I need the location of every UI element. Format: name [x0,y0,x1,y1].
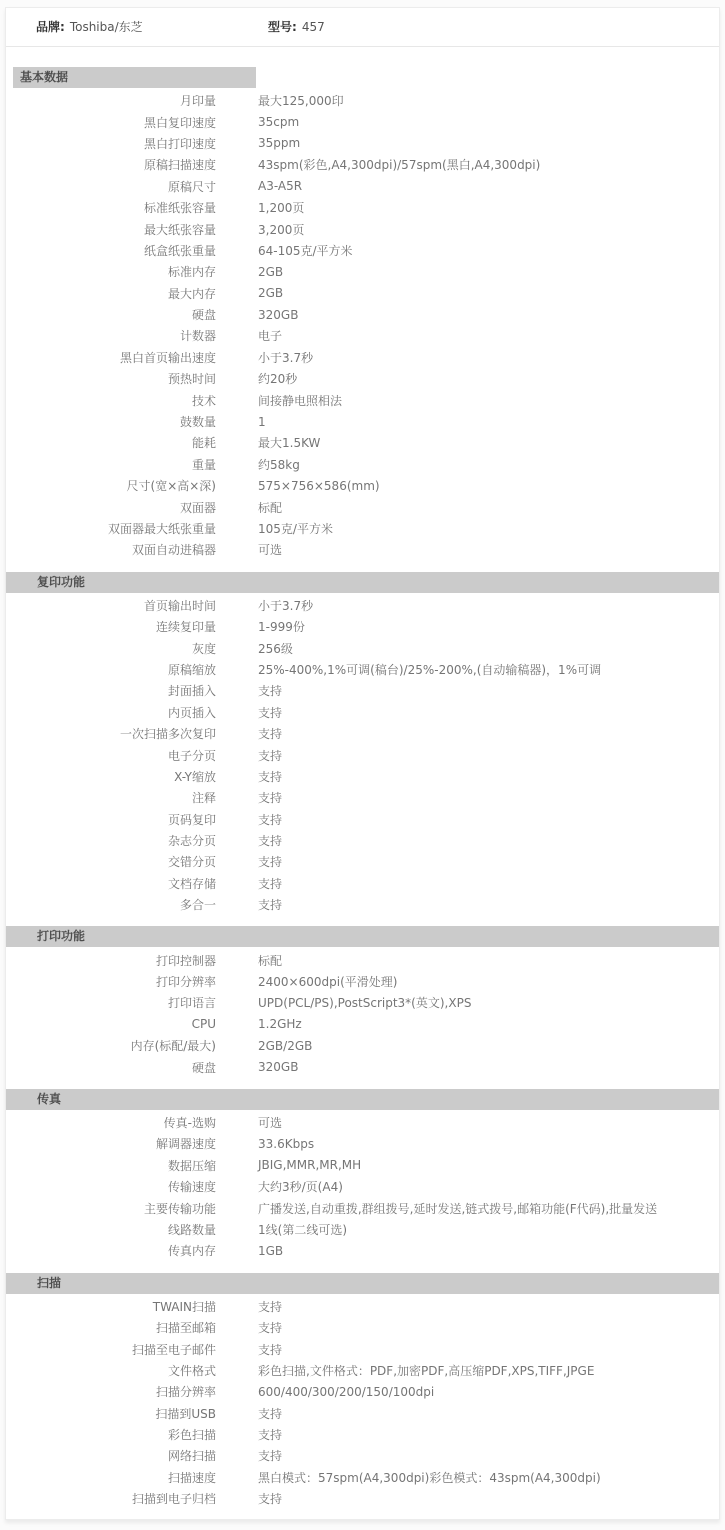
spec-label: 网络扫描 [6,1447,216,1464]
spec-label: 黑白首页输出速度 [6,349,216,366]
spec-row: 电子分页 支持 [6,744,719,765]
spec-row: 传输速度 大约3秒/页(A4) [6,1176,719,1197]
spec-label: 硬盘 [6,306,216,323]
spec-row: 黑白打印速度 35ppm [6,133,719,154]
spec-value: 最大1.5KW [216,434,320,451]
spec-row: 文档存储 支持 [6,873,719,894]
spec-label: X-Y缩放 [6,768,216,785]
spec-value: 支持 [216,1319,282,1336]
header-divider [6,46,719,47]
section-title: 扫描 [6,1273,719,1294]
spec-row: 原稿尺寸 A3-A5R [6,176,719,197]
spec-row: 内页插入 支持 [6,702,719,723]
section-title: 复印功能 [6,572,719,593]
spec-section: 打印功能 打印控制器 标配 打印分辨率 2400×600dpi(平滑处理) 打印… [6,926,719,1077]
spec-value: 间接静电照相法 [216,392,342,409]
spec-label: 页码复印 [6,811,216,828]
brand-value: Toshiba/东芝 [70,20,143,34]
spec-row: 硬盘 320GB [6,1056,719,1077]
spec-label: 文档存储 [6,875,216,892]
spec-label: 连续复印量 [6,618,216,635]
spec-row: 网络扫描 支持 [6,1445,719,1466]
spec-value: 可选 [216,541,282,558]
spec-label: 电子分页 [6,747,216,764]
spec-row: 首页输出时间 小于3.7秒 [6,595,719,616]
spec-row: 双面器最大纸张重量 105克/平方米 [6,518,719,539]
spec-value: 电子 [216,327,282,344]
spec-value: 支持 [216,682,282,699]
brand-pair: 品牌:Toshiba/东芝 [36,18,268,35]
spec-label: 月印量 [6,92,216,109]
spec-label: 双面自动进稿器 [6,541,216,558]
spec-row: 双面器 标配 [6,496,719,517]
spec-label: 解调器速度 [6,1135,216,1152]
spec-label: 打印控制器 [6,952,216,969]
spec-value: 广播发送,自动重拨,群组拨号,延时发送,链式拨号,邮箱功能(F代码),批量发送 [216,1200,657,1217]
spec-value: 320GB [216,1060,298,1074]
spec-label: 灰度 [6,640,216,657]
spec-row: 内存(标配/最大) 2GB/2GB [6,1035,719,1056]
spec-value: A3-A5R [216,179,302,193]
spec-value: 1GB [216,1244,283,1258]
spec-value: 支持 [216,1341,282,1358]
spec-label: 黑白复印速度 [6,114,216,131]
spec-value: 支持 [216,747,282,764]
section-rows: 月印量 最大125,000印 黑白复印速度 35cpm 黑白打印速度 35ppm… [6,88,719,561]
spec-label: 扫描到电子归档 [6,1490,216,1507]
spec-value: 支持 [216,811,282,828]
spec-row: 双面自动进稿器 可选 [6,539,719,560]
spec-value: 256级 [216,640,293,657]
section-title: 传真 [6,1089,719,1110]
spec-label: 多合一 [6,896,216,913]
spec-row: 文件格式 彩色扫描,文件格式：PDF,加密PDF,高压缩PDF,XPS,TIFF… [6,1360,719,1381]
spec-value: 黑白模式：57spm(A4,300dpi)彩色模式：43spm(A4,300dp… [216,1469,601,1486]
model-pair: 型号:457 [268,18,325,35]
model-value: 457 [302,20,325,34]
spec-row: 封面插入 支持 [6,680,719,701]
spec-row: 扫描到电子归档 支持 [6,1488,719,1509]
spec-label: 原稿缩放 [6,661,216,678]
spec-value: 43spm(彩色,A4,300dpi)/57spm(黑白,A4,300dpi) [216,156,540,173]
spec-label: 传真内存 [6,1242,216,1259]
spec-label: 扫描分辨率 [6,1383,216,1400]
spec-label: 注释 [6,789,216,806]
brand-label: 品牌: [36,20,65,34]
spec-label: 扫描到USB [6,1405,216,1422]
spec-value: 64-105克/平方米 [216,242,353,259]
spec-label: 交错分页 [6,853,216,870]
spec-row: 原稿扫描速度 43spm(彩色,A4,300dpi)/57spm(黑白,A4,3… [6,154,719,175]
spec-value: UPD(PCL/PS),PostScript3*(英文),XPS [216,994,471,1011]
spec-row: 计数器 电子 [6,325,719,346]
spec-value: 2GB/2GB [216,1039,312,1053]
spec-row: 一次扫描多次复印 支持 [6,723,719,744]
spec-row: 尺寸(宽×高×深) 575×756×586(mm) [6,475,719,496]
spec-row: X-Y缩放 支持 [6,766,719,787]
spec-row: 黑白首页输出速度 小于3.7秒 [6,347,719,368]
spec-row: 技术 间接静电照相法 [6,389,719,410]
spec-row: 重量 约58kg [6,454,719,475]
spec-value: 3,200页 [216,221,304,238]
spec-value: 大约3秒/页(A4) [216,1178,343,1195]
spec-row: 扫描至邮箱 支持 [6,1317,719,1338]
spec-value: JBIG,MMR,MR,MH [216,1158,361,1172]
spec-row: 灰度 256级 [6,637,719,658]
spec-label: 硬盘 [6,1059,216,1076]
spec-row: 数据压缩 JBIG,MMR,MR,MH [6,1155,719,1176]
spec-value: 35cpm [216,115,299,129]
spec-value: 彩色扫描,文件格式：PDF,加密PDF,高压缩PDF,XPS,TIFF,JPGE [216,1362,594,1379]
spec-value: 小于3.7秒 [216,597,313,614]
section-title: 基本数据 [13,67,256,88]
spec-label: 重量 [6,456,216,473]
spec-value: 标配 [216,499,282,516]
spec-value: 支持 [216,1447,282,1464]
spec-label: 能耗 [6,434,216,451]
spec-row: 解调器速度 33.6Kbps [6,1133,719,1154]
spec-value: 支持 [216,725,282,742]
brand-row: 品牌:Toshiba/东芝型号:457 [6,8,719,35]
spec-label: 打印分辨率 [6,973,216,990]
spec-label: 计数器 [6,327,216,344]
spec-value: 约20秒 [216,370,297,387]
spec-label: 双面器最大纸张重量 [6,520,216,537]
spec-value: 600/400/300/200/150/100dpi [216,1385,434,1399]
spec-label: TWAIN扫描 [6,1298,216,1315]
spec-section: 传真 传真-选购 可选 解调器速度 33.6Kbps 数据压缩 JBIG,MMR… [6,1089,719,1262]
spec-row: 月印量 最大125,000印 [6,90,719,111]
spec-section: 基本数据 月印量 最大125,000印 黑白复印速度 35cpm 黑白打印速度 … [6,67,719,561]
spec-row: 黑白复印速度 35cpm [6,111,719,132]
spec-section: 复印功能 首页输出时间 小于3.7秒 连续复印量 1-999份 灰度 256级 … [6,572,719,916]
spec-value: 支持 [216,896,282,913]
spec-row: 杂志分页 支持 [6,830,719,851]
spec-label: 数据压缩 [6,1157,216,1174]
spec-row: 多合一 支持 [6,894,719,915]
spec-value: 支持 [216,704,282,721]
spec-row: 打印控制器 标配 [6,949,719,970]
spec-value: 最大125,000印 [216,92,344,109]
spec-label: 原稿尺寸 [6,178,216,195]
spec-section: 扫描 TWAIN扫描 支持 扫描至邮箱 支持 扫描至电子邮件 支持 文件格式 彩… [6,1273,719,1510]
spec-row: 标准纸张容量 1,200页 [6,197,719,218]
spec-row: 传真内存 1GB [6,1240,719,1261]
spec-value: 2GB [216,265,283,279]
spec-row: 扫描速度 黑白模式：57spm(A4,300dpi)彩色模式：43spm(A4,… [6,1467,719,1488]
spec-value: 25%-400%,1%可调(稿台)/25%-200%,(自动输稿器)，1%可调 [216,661,601,678]
spec-row: 扫描到USB 支持 [6,1402,719,1423]
spec-value: 33.6Kbps [216,1137,314,1151]
spec-label: 扫描至电子邮件 [6,1341,216,1358]
spec-label: 封面插入 [6,682,216,699]
spec-value: 1-999份 [216,618,305,635]
spec-label: 扫描至邮箱 [6,1319,216,1336]
spec-label: 主要传输功能 [6,1200,216,1217]
spec-row: 能耗 最大1.5KW [6,432,719,453]
spec-row: 连续复印量 1-999份 [6,616,719,637]
spec-row: 扫描至电子邮件 支持 [6,1338,719,1359]
spec-value: 105克/平方米 [216,520,333,537]
spec-row: 传真-选购 可选 [6,1112,719,1133]
spec-label: 纸盒纸张重量 [6,242,216,259]
spec-label: 传真-选购 [6,1114,216,1131]
spec-value: 1,200页 [216,199,304,216]
spec-label: 传输速度 [6,1178,216,1195]
spec-sections: 基本数据 月印量 最大125,000印 黑白复印速度 35cpm 黑白打印速度 … [6,67,719,1509]
spec-value: 1.2GHz [216,1017,302,1031]
section-title: 打印功能 [6,926,719,947]
spec-value: 575×756×586(mm) [216,479,380,493]
spec-row: 最大内存 2GB [6,283,719,304]
spec-label: 线路数量 [6,1221,216,1238]
spec-row: 原稿缩放 25%-400%,1%可调(稿台)/25%-200%,(自动输稿器)，… [6,659,719,680]
spec-label: 彩色扫描 [6,1426,216,1443]
spec-label: 杂志分页 [6,832,216,849]
section-rows: 传真-选购 可选 解调器速度 33.6Kbps 数据压缩 JBIG,MMR,MR… [6,1110,719,1262]
spec-value: 1 [216,415,266,429]
spec-label: 最大纸张容量 [6,221,216,238]
spec-label: 预热时间 [6,370,216,387]
spec-value: 支持 [216,1405,282,1422]
spec-label: 标准内存 [6,263,216,280]
spec-value: 可选 [216,1114,282,1131]
spec-label: 最大内存 [6,285,216,302]
spec-label: 双面器 [6,499,216,516]
spec-row: 主要传输功能 广播发送,自动重拨,群组拨号,延时发送,链式拨号,邮箱功能(F代码… [6,1197,719,1218]
spec-row: 打印分辨率 2400×600dpi(平滑处理) [6,971,719,992]
spec-value: 2400×600dpi(平滑处理) [216,973,397,990]
spec-value: 支持 [216,1426,282,1443]
spec-label: 首页输出时间 [6,597,216,614]
spec-row: 硬盘 320GB [6,304,719,325]
model-label: 型号: [268,20,297,34]
spec-row: 线路数量 1线(第二线可选) [6,1219,719,1240]
spec-row: 纸盒纸张重量 64-105克/平方米 [6,240,719,261]
section-rows: 首页输出时间 小于3.7秒 连续复印量 1-999份 灰度 256级 原稿缩放 … [6,593,719,916]
spec-label: 文件格式 [6,1362,216,1379]
spec-value: 小于3.7秒 [216,349,313,366]
spec-row: CPU 1.2GHz [6,1014,719,1035]
spec-label: 一次扫描多次复印 [6,725,216,742]
spec-label: 标准纸张容量 [6,199,216,216]
spec-label: 扫描速度 [6,1469,216,1486]
spec-label: 内页插入 [6,704,216,721]
spec-value: 支持 [216,853,282,870]
spec-label: 原稿扫描速度 [6,156,216,173]
spec-row: 预热时间 约20秒 [6,368,719,389]
spec-row: 注释 支持 [6,787,719,808]
spec-label: 技术 [6,392,216,409]
spec-value: 35ppm [216,136,300,150]
spec-value: 支持 [216,875,282,892]
spec-row: 交错分页 支持 [6,851,719,872]
spec-row: 标准内存 2GB [6,261,719,282]
spec-value: 支持 [216,768,282,785]
spec-label: 内存(标配/最大) [6,1037,216,1054]
spec-row: 页码复印 支持 [6,809,719,830]
spec-row: 扫描分辨率 600/400/300/200/150/100dpi [6,1381,719,1402]
spec-value: 支持 [216,789,282,806]
spec-row: 最大纸张容量 3,200页 [6,218,719,239]
spec-row: 鼓数量 1 [6,411,719,432]
spec-value: 支持 [216,1298,282,1315]
spec-value: 支持 [216,1490,282,1507]
section-rows: TWAIN扫描 支持 扫描至邮箱 支持 扫描至电子邮件 支持 文件格式 彩色扫描… [6,1294,719,1510]
spec-row: 彩色扫描 支持 [6,1424,719,1445]
spec-row: TWAIN扫描 支持 [6,1296,719,1317]
spec-value: 2GB [216,286,283,300]
spec-label: 黑白打印速度 [6,135,216,152]
product-spec-card: 品牌:Toshiba/东芝型号:457 基本数据 月印量 最大125,000印 … [5,7,720,1520]
spec-value: 标配 [216,952,282,969]
spec-row: 打印语言 UPD(PCL/PS),PostScript3*(英文),XPS [6,992,719,1013]
spec-label: 尺寸(宽×高×深) [6,477,216,494]
spec-label: 打印语言 [6,994,216,1011]
spec-value: 支持 [216,832,282,849]
section-rows: 打印控制器 标配 打印分辨率 2400×600dpi(平滑处理) 打印语言 UP… [6,947,719,1077]
spec-value: 约58kg [216,456,300,473]
spec-value: 1线(第二线可选) [216,1221,347,1238]
spec-label: 鼓数量 [6,413,216,430]
spec-value: 320GB [216,308,298,322]
spec-label: CPU [6,1017,216,1031]
